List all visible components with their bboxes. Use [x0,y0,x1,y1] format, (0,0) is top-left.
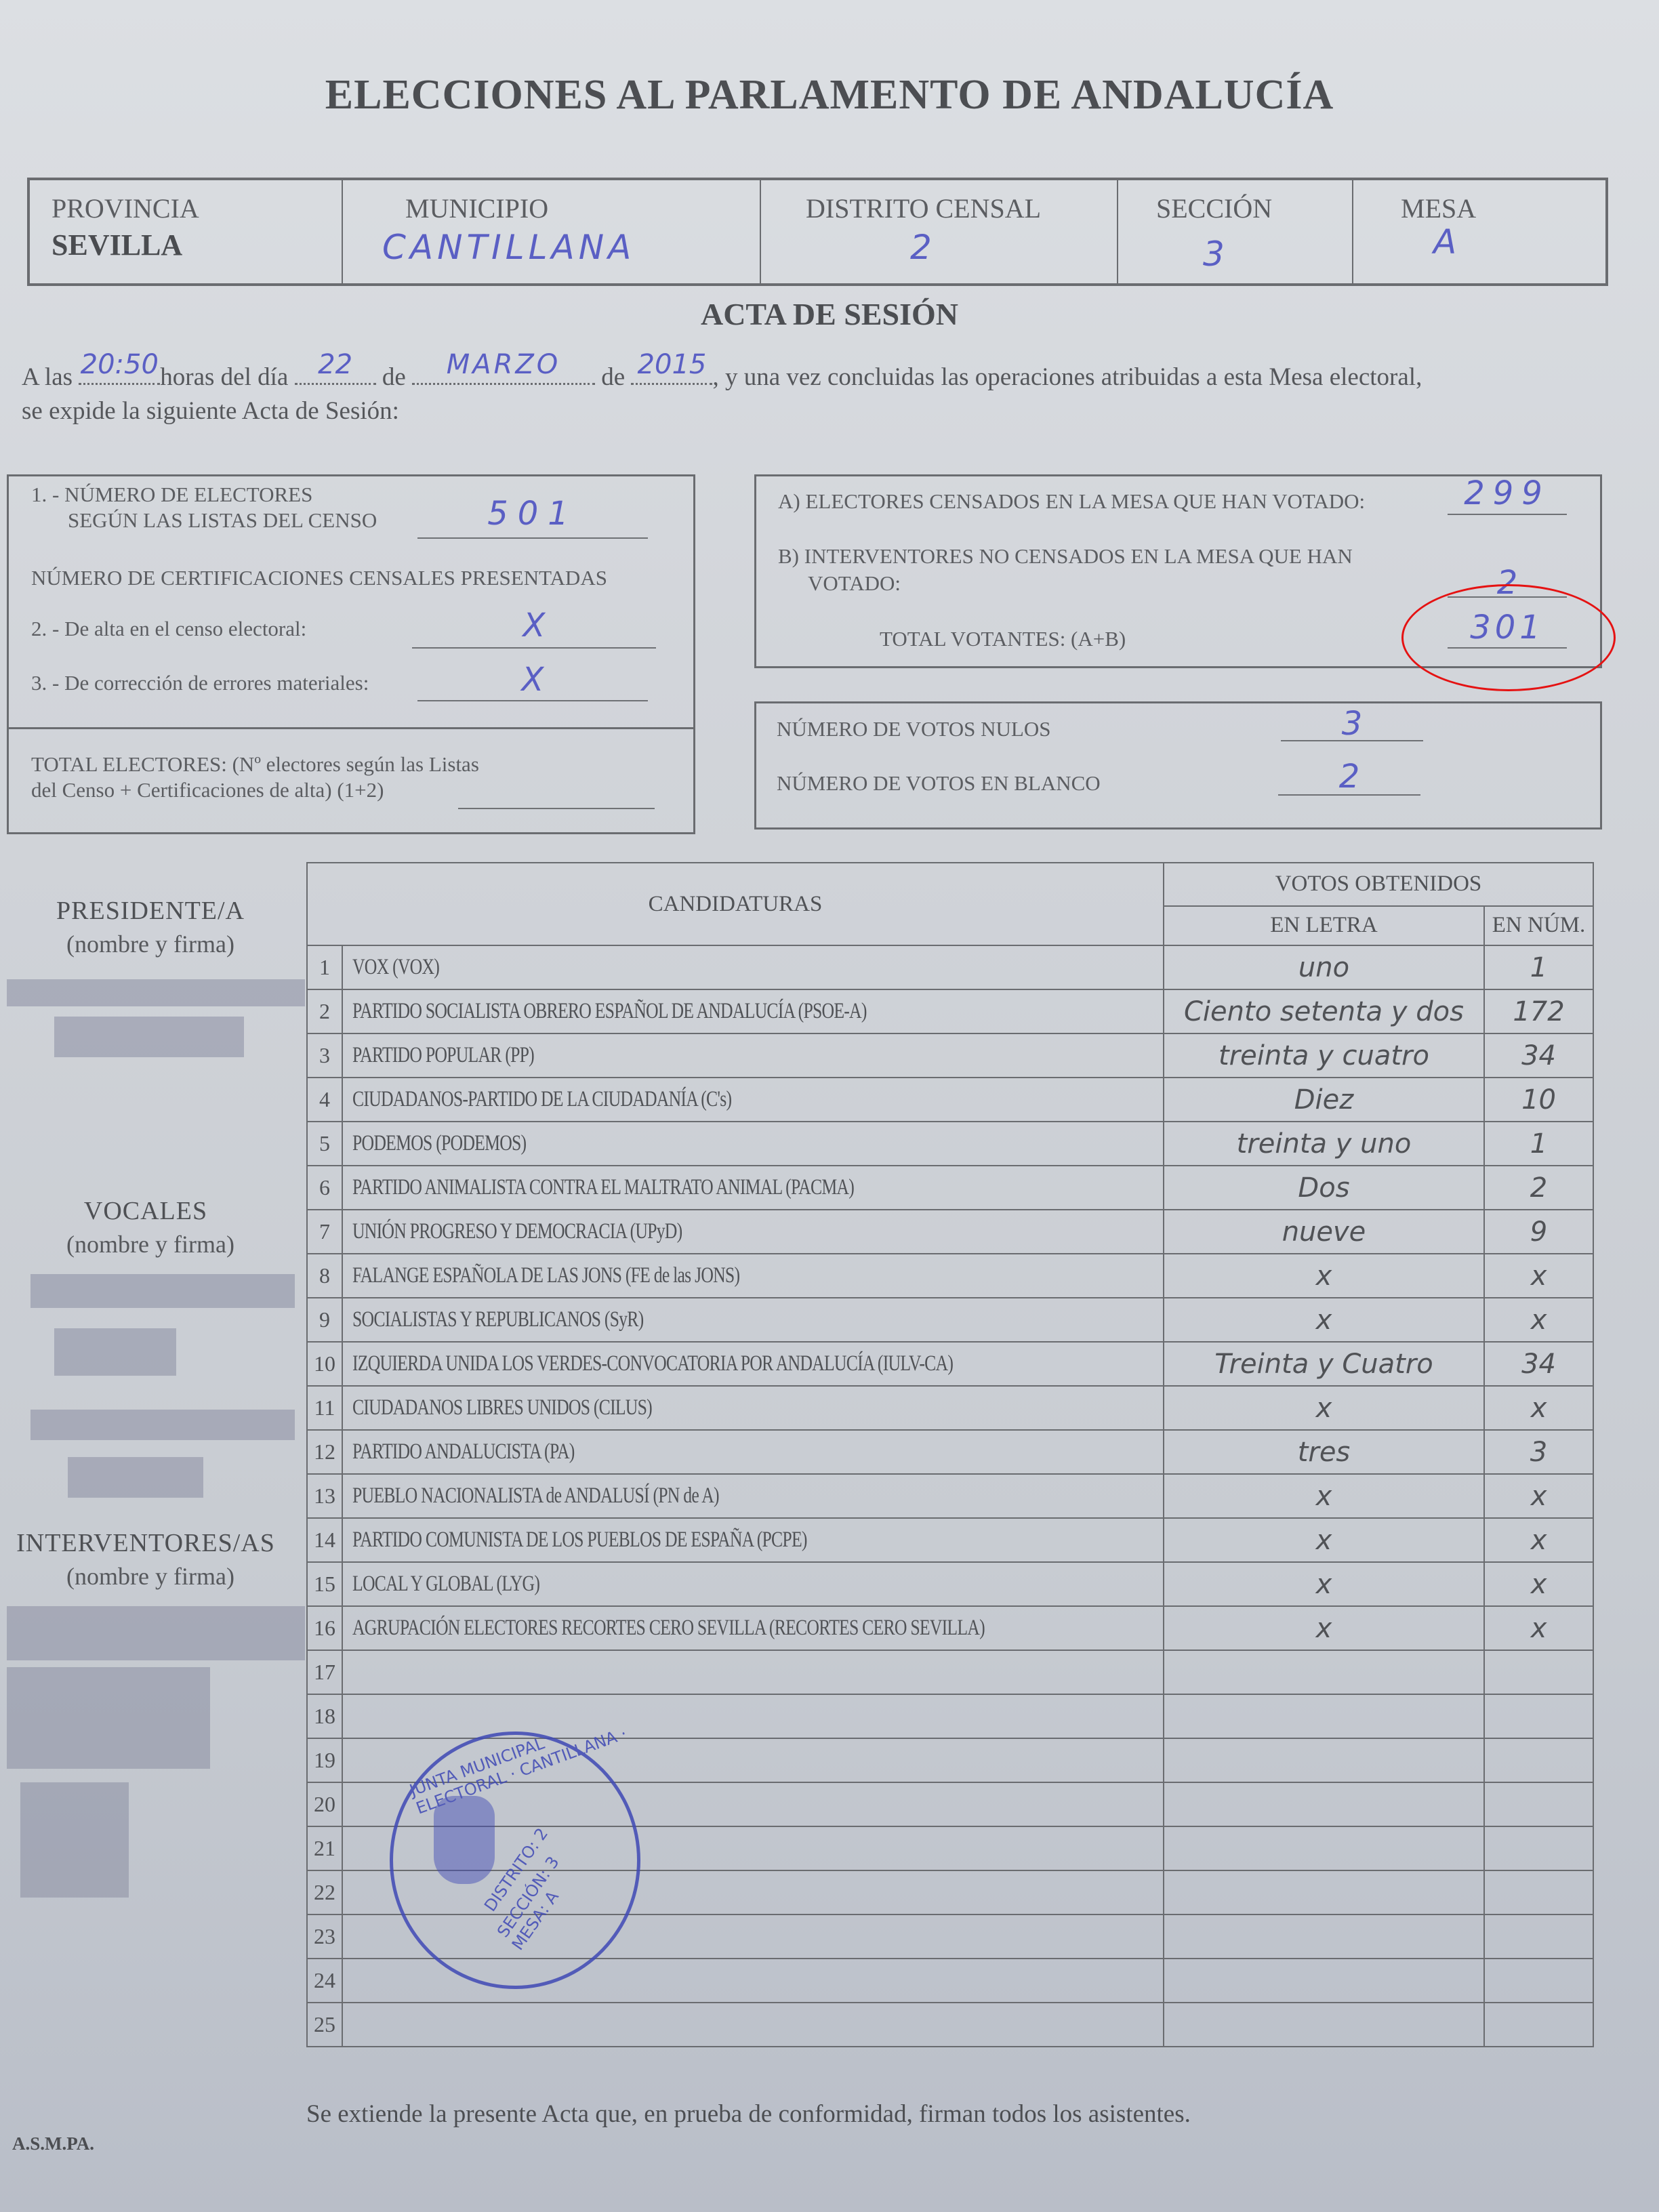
votes-in-number: 9 [1484,1210,1593,1254]
municipio-label: MUNICIPIO [405,192,548,224]
seccion-cell: SECCIÓN 3 [1118,180,1353,283]
votes-in-number: 1 [1484,1122,1593,1166]
mesa-value: A [1433,222,1456,262]
alta-label: 2. - De alta en el censo electoral: [31,617,306,641]
total-electores-line [458,808,655,809]
intro-text: , y una vez concluidas las operaciones a… [712,363,1422,391]
alta-value: X [412,607,656,644]
seccion-label: SECCIÓN [1156,192,1272,224]
party-name: PARTIDO ANDALUCISTA (PA) [342,1430,1164,1474]
candidate-row: 17 [307,1650,1593,1694]
row-number: 14 [307,1518,342,1562]
party-name: LOCAL Y GLOBAL (LYG) [342,1562,1164,1606]
en-letra-header: EN LETRA [1164,906,1484,945]
intro-text-line2: se expide la siguiente Acta de Sesión: [22,397,399,425]
votes-in-number [1484,2003,1593,2047]
party-name [342,1694,1164,1738]
votes-in-number: x [1484,1254,1593,1298]
votes-in-number: 10 [1484,1078,1593,1122]
votes-in-words: x [1164,1386,1484,1430]
row-number: 6 [307,1166,342,1210]
party-name: PUEBLO NACIONALISTA de ANDALUSÍ (PN de A… [342,1474,1164,1518]
votes-in-number [1484,1826,1593,1870]
redacted-signature [7,979,305,1006]
correccion-line [417,700,648,701]
total-votantes-label: TOTAL VOTANTES: (A+B) [880,627,1126,651]
municipio-cell: MUNICIPIO CANTILLANA [343,180,761,283]
votes-in-words: Ciento setenta y dos [1164,989,1484,1033]
votes-in-number: x [1484,1474,1593,1518]
electores-label-1: 1. - NÚMERO DE ELECTORES [31,483,312,507]
row-number: 7 [307,1210,342,1254]
votes-in-words: Dos [1164,1166,1484,1210]
row-number: 13 [307,1474,342,1518]
votes-in-words: treinta y cuatro [1164,1033,1484,1078]
votes-in-words: treinta y uno [1164,1122,1484,1166]
row-number: 12 [307,1430,342,1474]
row-number: 1 [307,945,342,989]
hora-field: 20:50 [79,383,160,385]
votes-in-number [1484,1914,1593,1959]
provincia-value: SEVILLA [52,228,182,262]
party-name: IZQUIERDA UNIDA LOS VERDES-CONVOCATORIA … [342,1342,1164,1386]
censados-votado-value: 299 [1448,474,1567,512]
votes-in-words: Diez [1164,1078,1484,1122]
candidate-row: 8FALANGE ESPAÑOLA DE LAS JONS (FE de las… [307,1254,1593,1298]
row-number: 4 [307,1078,342,1122]
votes-in-number [1484,1650,1593,1694]
electores-line [417,537,648,539]
row-number: 16 [307,1606,342,1650]
votes-in-number: 3 [1484,1430,1593,1474]
intro-text: A las [22,363,73,391]
party-name: PODEMOS (PODEMOS) [342,1122,1164,1166]
row-number: 11 [307,1386,342,1430]
certificaciones-heading: NÚMERO DE CERTIFICACIONES CENSALES PRESE… [31,566,607,590]
footer-statement: Se extiende la presente Acta que, en pru… [306,2100,1191,2129]
votes-in-words: x [1164,1562,1484,1606]
votes-in-words [1164,1782,1484,1826]
footer-code: A.S.M.PA. [12,2133,94,2154]
interventores-heading: INTERVENTORES/AS [0,1528,295,1558]
intro-text: horas del día [160,363,288,391]
redacted-signature [54,1328,176,1376]
party-name: AGRUPACIÓN ELECTORES RECORTES CERO SEVIL… [342,1606,1164,1650]
row-number: 5 [307,1122,342,1166]
provincia-label: PROVINCIA [52,192,199,224]
votes-in-words: x [1164,1254,1484,1298]
candidate-row: 2PARTIDO SOCIALISTA OBRERO ESPAÑOL DE AN… [307,989,1593,1033]
intro-text: de [382,363,406,391]
candidate-row: 11CIUDADANOS LIBRES UNIDOS (CILUS)xx [307,1386,1593,1430]
votes-in-words [1164,2003,1484,2047]
votos-obtenidos-header: VOTOS OBTENIDOS [1164,863,1593,906]
presidente-sub: (nombre y firma) [1,930,300,958]
interventores-label-2: VOTADO: [808,571,901,596]
votes-in-number: 1 [1484,945,1593,989]
redacted-signature [7,1606,305,1660]
candidate-row: 1VOX (VOX)uno1 [307,945,1593,989]
candidate-row: 3PARTIDO POPULAR (PP)treinta y cuatro34 [307,1033,1593,1078]
row-number: 8 [307,1254,342,1298]
votos-nulos-value: 3 [1281,705,1423,743]
votes-in-number: 2 [1484,1166,1593,1210]
electores-value: 501 [417,495,648,533]
divider [7,727,693,729]
votes-in-words: x [1164,1518,1484,1562]
votes-in-number [1484,1694,1593,1738]
intro-text: de [601,363,625,391]
votes-in-words: tres [1164,1430,1484,1474]
votes-in-number [1484,1738,1593,1782]
distrito-value: 2 [910,228,932,267]
candidate-row: 13PUEBLO NACIONALISTA de ANDALUSÍ (PN de… [307,1474,1593,1518]
votes-in-number [1484,1870,1593,1914]
row-number: 15 [307,1562,342,1606]
row-number: 25 [307,2003,342,2047]
votos-blanco-label: NÚMERO DE VOTOS EN BLANCO [777,771,1101,796]
en-num-header: EN NÚM. [1484,906,1593,945]
municipio-value: CANTILLANA [382,228,635,267]
correccion-label: 3. - De corrección de errores materiales… [31,671,369,695]
votes-in-words [1164,1959,1484,2003]
interventores-label-1: B) INTERVENTORES NO CENSADOS EN LA MESA … [778,544,1353,569]
censados-votado-label: A) ELECTORES CENSADOS EN LA MESA QUE HAN… [778,489,1365,514]
candidate-row: 18 [307,1694,1593,1738]
party-name: PARTIDO SOCIALISTA OBRERO ESPAÑOL DE AND… [342,989,1164,1033]
candidate-row: 25 [307,2003,1593,2047]
votes-in-words: x [1164,1474,1484,1518]
distrito-cell: DISTRITO CENSAL 2 [761,180,1118,283]
vocales-sub: (nombre y firma) [1,1230,300,1258]
total-electores-label-1: TOTAL ELECTORES: (Nº electores según las… [31,752,479,777]
party-name: VOX (VOX) [342,945,1164,989]
provincia-cell: PROVINCIA SEVILLA [30,180,343,283]
acta-title: ACTA DE SESIÓN [0,296,1659,332]
votes-in-number: x [1484,1606,1593,1650]
votes-in-number: x [1484,1298,1593,1342]
correccion-value: X [417,661,648,699]
electoral-stamp: JUNTA MUNICIPAL ELECTORAL · CANTILLANA ·… [390,1732,640,1989]
votes-in-number: 172 [1484,989,1593,1033]
censados-votado-line [1448,514,1567,515]
votes-in-number: 34 [1484,1033,1593,1078]
dia-value: 22 [295,348,376,382]
votes-in-number: x [1484,1518,1593,1562]
votos-blanco-value: 2 [1278,758,1420,796]
distrito-label: DISTRITO CENSAL [806,192,1041,224]
party-name: PARTIDO POPULAR (PP) [342,1033,1164,1078]
votes-in-number [1484,1782,1593,1826]
session-intro: A las 20:50horas del día 22 de MARZO de … [22,361,1648,428]
votes-in-words [1164,1650,1484,1694]
candidate-row: 16AGRUPACIÓN ELECTORES RECORTES CERO SEV… [307,1606,1593,1650]
row-number: 23 [307,1914,342,1959]
anio-field: 2015 [631,383,712,385]
presidente-heading: PRESIDENTE/A [1,896,300,926]
party-name: FALANGE ESPAÑOLA DE LAS JONS (FE de las … [342,1254,1164,1298]
votes-in-number: 34 [1484,1342,1593,1386]
alta-line [412,647,656,649]
candidate-row: 7UNIÓN PROGRESO Y DEMOCRACIA (UPyD)nueve… [307,1210,1593,1254]
hora-value: 20:50 [79,348,160,382]
candidate-row: 15LOCAL Y GLOBAL (LYG)xx [307,1562,1593,1606]
redacted-signature [30,1410,295,1440]
redacted-signature [54,1017,244,1057]
row-number: 21 [307,1826,342,1870]
candidate-row: 5PODEMOS (PODEMOS)treinta y uno1 [307,1122,1593,1166]
votes-in-words [1164,1870,1484,1914]
row-number: 9 [307,1298,342,1342]
redacted-signature [68,1457,203,1498]
candidate-row: 6PARTIDO ANIMALISTA CONTRA EL MALTRATO A… [307,1166,1593,1210]
votes-in-words: Treinta y Cuatro [1164,1342,1484,1386]
party-name [342,1650,1164,1694]
row-number: 19 [307,1738,342,1782]
votes-in-number: x [1484,1386,1593,1430]
mes-value: MARZO [412,348,595,382]
mesa-label: MESA [1401,192,1476,224]
candidate-row: 12PARTIDO ANDALUCISTA (PA)tres3 [307,1430,1593,1474]
dia-field: 22 [295,383,376,385]
party-name [342,2003,1164,2047]
candidate-row: 9SOCIALISTAS Y REPUBLICANOS (SyR)xx [307,1298,1593,1342]
votes-in-words [1164,1914,1484,1959]
row-number: 3 [307,1033,342,1078]
votos-nulos-label: NÚMERO DE VOTOS NULOS [777,717,1050,741]
row-number: 17 [307,1650,342,1694]
document-title: ELECCIONES AL PARLAMENTO DE ANDALUCÍA [0,71,1659,119]
row-number: 2 [307,989,342,1033]
votes-in-words: x [1164,1606,1484,1650]
votes-in-words: x [1164,1298,1484,1342]
party-name: SOCIALISTAS Y REPUBLICANOS (SyR) [342,1298,1164,1342]
mesa-cell: MESA A [1353,180,1605,283]
anio-value: 2015 [631,348,712,382]
row-number: 18 [307,1694,342,1738]
total-electores-label-2: del Censo + Certificaciones de alta) (1+… [31,778,384,802]
mes-field: MARZO [412,383,595,385]
votes-in-words [1164,1694,1484,1738]
party-name: PARTIDO COMUNISTA DE LOS PUEBLOS DE ESPA… [342,1518,1164,1562]
redacted-signature [7,1667,210,1769]
votes-in-words [1164,1738,1484,1782]
votes-in-number [1484,1959,1593,2003]
party-name: CIUDADANOS-PARTIDO DE LA CIUDADANÍA (C's… [342,1078,1164,1122]
candidate-row: 4CIUDADANOS-PARTIDO DE LA CIUDADANÍA (C'… [307,1078,1593,1122]
party-name: CIUDADANOS LIBRES UNIDOS (CILUS) [342,1386,1164,1430]
row-number: 24 [307,1959,342,2003]
redacted-signature [30,1274,295,1308]
electores-label-2: SEGÚN LAS LISTAS DEL CENSO [68,508,377,533]
votes-in-number: x [1484,1562,1593,1606]
vocales-heading: VOCALES [0,1196,295,1226]
interventores-sub: (nombre y firma) [1,1562,300,1591]
location-header: PROVINCIA SEVILLA MUNICIPIO CANTILLANA D… [27,178,1608,286]
redacted-signature [20,1782,129,1898]
row-number: 10 [307,1342,342,1386]
row-number: 22 [307,1870,342,1914]
party-name: PARTIDO ANIMALISTA CONTRA EL MALTRATO AN… [342,1166,1164,1210]
candidate-row: 10IZQUIERDA UNIDA LOS VERDES-CONVOCATORI… [307,1342,1593,1386]
candidate-row: 14PARTIDO COMUNISTA DE LOS PUEBLOS DE ES… [307,1518,1593,1562]
candidaturas-header: CANDIDATURAS [307,863,1164,945]
votes-in-words: uno [1164,945,1484,989]
party-name: UNIÓN PROGRESO Y DEMOCRACIA (UPyD) [342,1210,1164,1254]
row-number: 20 [307,1782,342,1826]
seccion-value: 3 [1203,234,1225,274]
votes-in-words: nueve [1164,1210,1484,1254]
highlight-circle-annotation [1401,584,1616,691]
votes-in-words [1164,1826,1484,1870]
